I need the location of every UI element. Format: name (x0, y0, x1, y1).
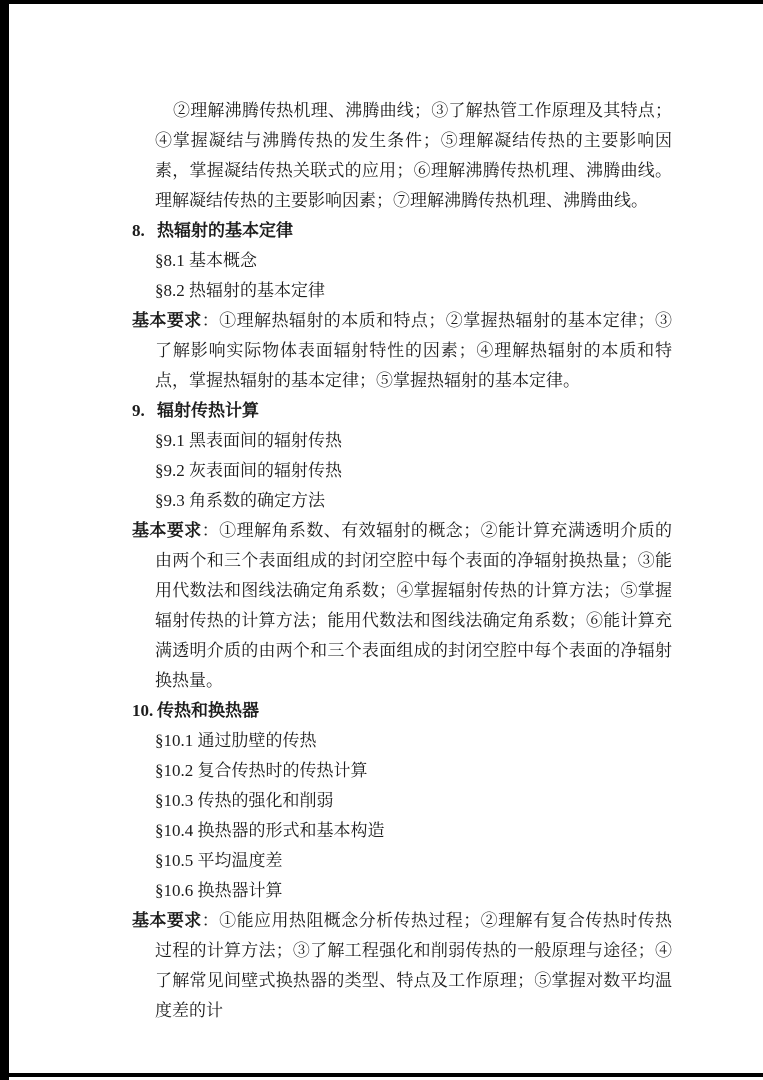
section-title: 传热和换热器 (157, 701, 259, 720)
subsection-item: §8.1 基本概念 (155, 246, 672, 276)
requirements-paragraph-9: 基本要求：①理解角系数、有效辐射的概念；②能计算充满透明介质的由两个和三个表面组… (155, 516, 672, 696)
requirements-paragraph-8: 基本要求：①理解热辐射的本质和特点；②掌握热辐射的基本定律；③了解影响实际物体表… (155, 306, 672, 396)
requirements-label: 基本要求 (132, 311, 202, 330)
page-left-border (0, 0, 9, 1080)
subsection-item: §10.4 换热器的形式和基本构造 (155, 816, 672, 846)
requirements-label: 基本要求 (132, 911, 202, 930)
subsection-item: §10.5 平均温度差 (155, 846, 672, 876)
subsection-item: §10.3 传热的强化和削弱 (155, 786, 672, 816)
section-heading-9: 9.辐射传热计算 (155, 396, 672, 426)
page-top-border (0, 0, 763, 4)
requirements-text: ：①能应用热阻概念分析传热过程；②理解有复合传热时传热过程的计算方法；③了解工程… (155, 911, 672, 1020)
subsection-item: §9.1 黑表面间的辐射传热 (155, 426, 672, 456)
requirements-label: 基本要求 (132, 521, 202, 540)
requirements-paragraph-10: 基本要求：①能应用热阻概念分析传热过程；②理解有复合传热时传热过程的计算方法；③… (155, 906, 672, 1026)
subsection-item: §10.1 通过肋壁的传热 (155, 726, 672, 756)
page-content: ②理解沸腾传热机理、沸腾曲线；③了解热管工作原理及其特点；④掌握凝结与沸腾传热的… (155, 96, 672, 1026)
subsection-item: §8.2 热辐射的基本定律 (155, 276, 672, 306)
section-number: 8. (132, 216, 157, 246)
subsection-item: §9.3 角系数的确定方法 (155, 486, 672, 516)
section-title: 辐射传热计算 (157, 401, 259, 420)
subsection-item: §10.2 复合传热时的传热计算 (155, 756, 672, 786)
section-number: 9. (132, 396, 157, 426)
section-title: 热辐射的基本定律 (157, 221, 293, 240)
requirements-text: ：①理解角系数、有效辐射的概念；②能计算充满透明介质的由两个和三个表面组成的封闭… (155, 521, 672, 690)
subsection-item: §9.2 灰表面间的辐射传热 (155, 456, 672, 486)
page-bottom-border (0, 1073, 763, 1077)
section-heading-8: 8.热辐射的基本定律 (155, 216, 672, 246)
section-number: 10. (132, 696, 157, 726)
continued-requirements-paragraph: ②理解沸腾传热机理、沸腾曲线；③了解热管工作原理及其特点；④掌握凝结与沸腾传热的… (155, 96, 672, 216)
document-page: ②理解沸腾传热机理、沸腾曲线；③了解热管工作原理及其特点；④掌握凝结与沸腾传热的… (0, 0, 763, 1080)
subsection-item: §10.6 换热器计算 (155, 876, 672, 906)
requirements-text: ：①理解热辐射的本质和特点；②掌握热辐射的基本定律；③了解影响实际物体表面辐射特… (155, 311, 672, 390)
section-heading-10: 10.传热和换热器 (155, 696, 672, 726)
